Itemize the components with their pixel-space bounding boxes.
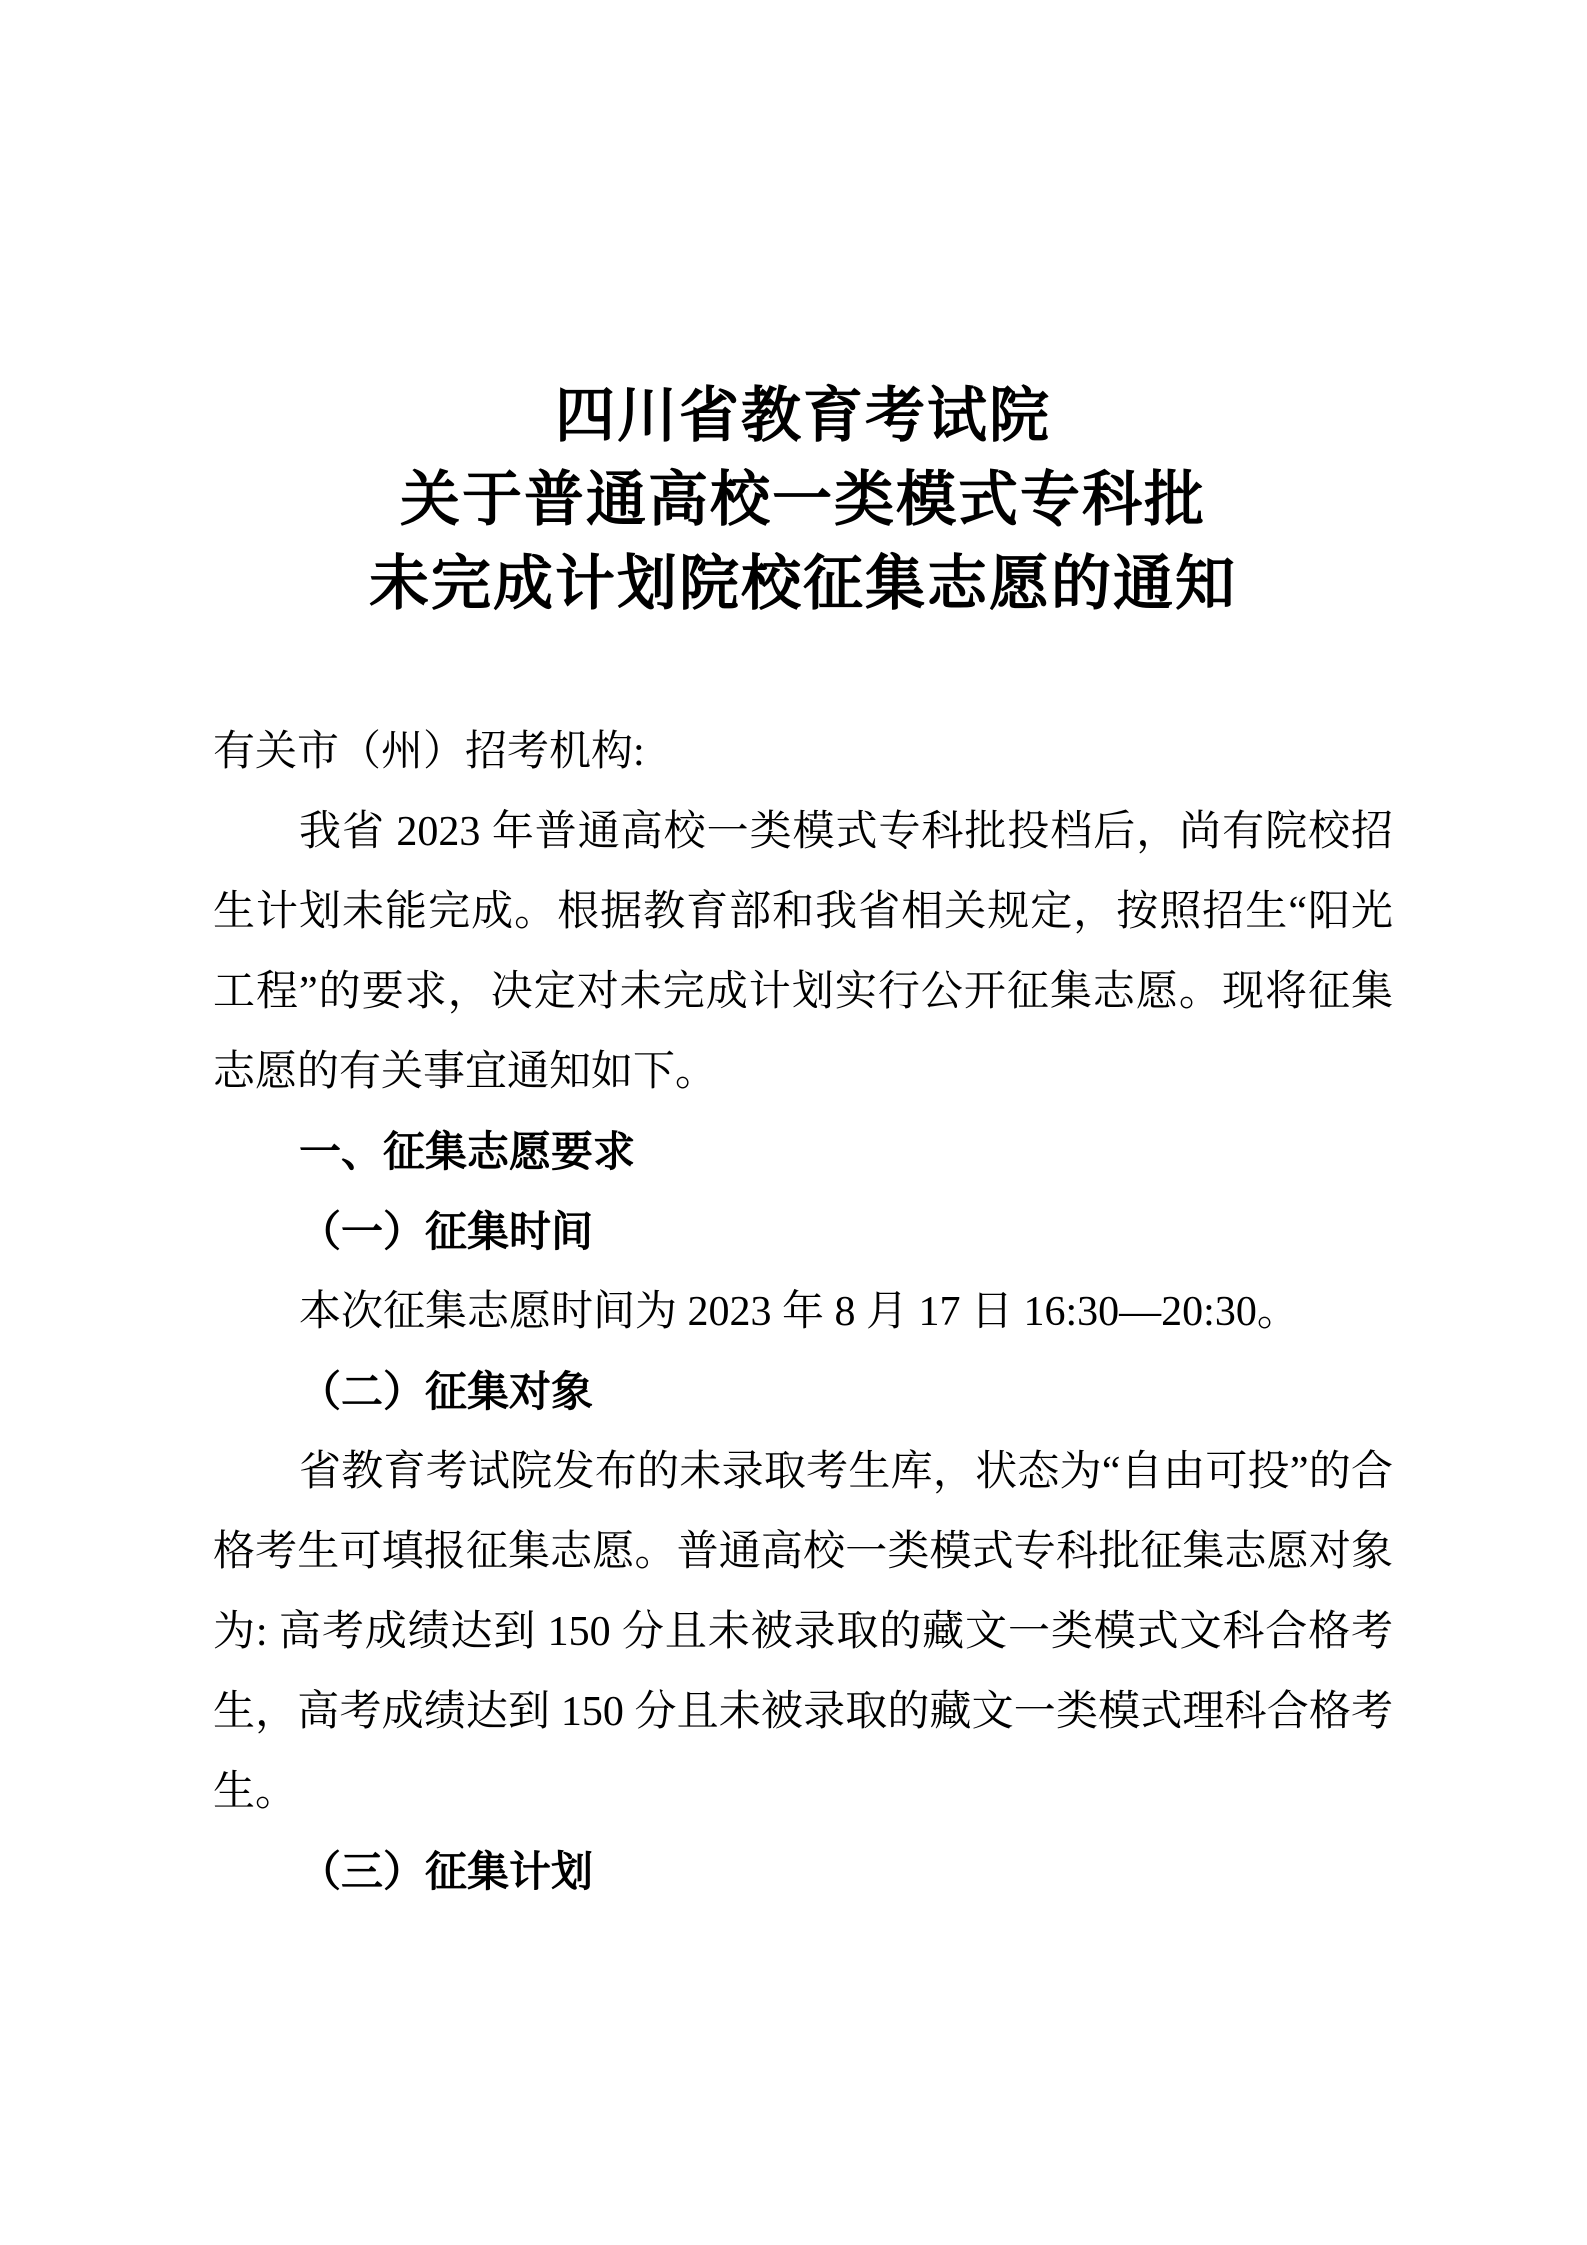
paragraph-line: 生计划未能完成。根据教育部和我省相关规定，按照招生“阳光 [213, 872, 1393, 952]
paragraph-line: 本次征集志愿时间为 2023 年 8 月 17 日 16:30—20:30。 [213, 1272, 1393, 1352]
salutation-line: 有关市（州）招考机构: [213, 712, 1393, 792]
paragraph-line: 格考生可填报征集志愿。普通高校一类模式专科批征集志愿对象 [213, 1512, 1393, 1592]
paragraph-line: 省教育考试院发布的未录取考生库，状态为“自由可投”的合 [213, 1432, 1393, 1512]
document-page: 四川省教育考试院 关于普通高校一类模式专科批 未完成计划院校征集志愿的通知 有关… [0, 0, 1587, 2245]
subsection-heading-1: （一）征集时间 [213, 1192, 1393, 1272]
paragraph-line: 我省 2023 年普通高校一类模式专科批投档后，尚有院校招 [213, 792, 1393, 872]
paragraph-line: 生。 [213, 1752, 1393, 1832]
title-line-2: 关于普通高校一类模式专科批 [213, 458, 1393, 542]
document-body: 有关市（州）招考机构: 我省 2023 年普通高校一类模式专科批投档后，尚有院校… [213, 712, 1393, 1912]
title-line-3: 未完成计划院校征集志愿的通知 [213, 542, 1393, 626]
paragraph-line: 志愿的有关事宜通知如下。 [213, 1032, 1393, 1112]
paragraph-line: 工程”的要求，决定对未完成计划实行公开征集志愿。现将征集 [213, 952, 1393, 1032]
subsection-heading-2: （二）征集对象 [213, 1352, 1393, 1432]
document-title: 四川省教育考试院 关于普通高校一类模式专科批 未完成计划院校征集志愿的通知 [213, 374, 1393, 626]
section-heading-1: 一、征集志愿要求 [213, 1112, 1393, 1192]
title-line-1: 四川省教育考试院 [213, 374, 1393, 458]
paragraph-line: 为: 高考成绩达到 150 分且未被录取的藏文一类模式文科合格考 [213, 1592, 1393, 1672]
paragraph-line: 生，高考成绩达到 150 分且未被录取的藏文一类模式理科合格考 [213, 1672, 1393, 1752]
document-content: 四川省教育考试院 关于普通高校一类模式专科批 未完成计划院校征集志愿的通知 有关… [213, 0, 1393, 1912]
subsection-heading-3: （三）征集计划 [213, 1832, 1393, 1912]
